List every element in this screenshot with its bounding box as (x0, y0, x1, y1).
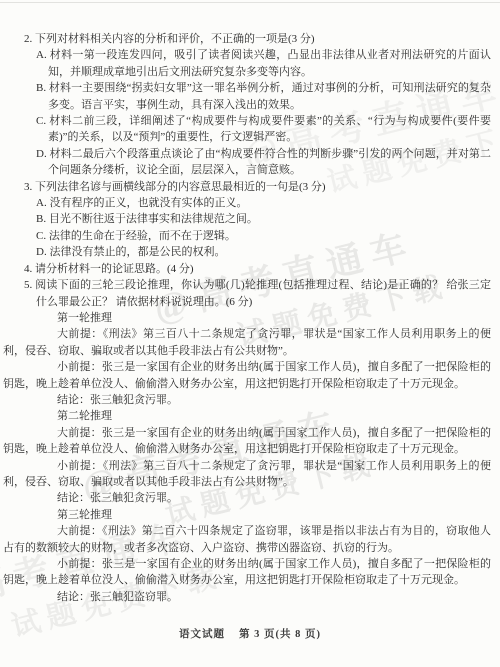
reasoning-paragraph: 大前提：张三是一家国有企业的财务出纳(属于国家工作人员)，擅自多配了一把保险柜的… (3, 425, 491, 458)
question-paragraph: 4. 请分析材料一的论证思路。(4 分) (24, 261, 491, 277)
reasoning-paragraph: 大前提：《刑法》第三百八十二条规定了贪污罪，罪状是“国家工作人员利用职务上的便利… (3, 326, 491, 359)
option-label: A. (36, 49, 50, 61)
exam-body-text: 2. 下列对材料相关内容的分析和评价，不正确的一项是(3 分)A. 材料一第一段… (24, 31, 491, 605)
option-paragraph: D. 法律没有禁止的，都是公民的权利。 (36, 244, 491, 260)
reasoning-paragraph: 第一轮推理 (3, 310, 491, 326)
scan-edge-line (0, 2, 500, 3)
reasoning-paragraph: 第三轮推理 (3, 507, 491, 523)
option-label: D. (36, 246, 49, 258)
option-paragraph: A. 没有程序的正义，也就没有实体的正义。 (36, 195, 491, 211)
question-paragraph: 2. 下列对材料相关内容的分析和评价，不正确的一项是(3 分) (24, 31, 491, 47)
option-paragraph: B. 目光不断往返于法律事实和法律规范之间。 (36, 211, 491, 227)
question-paragraph: 3. 下列法律名谚与画横线部分的内容意思最相近的一句是(3 分) (24, 179, 491, 195)
reasoning-paragraph: 小前提：张三是一家国有企业的财务出纳(属于国家工作人员)，擅自多配了一把保险柜的… (3, 359, 491, 392)
question-paragraph: 5. 阅读下面的三轮三段论推理，你认为哪(几)轮推理(包括推理过程、结论)是正确… (24, 277, 491, 310)
question-label: 2. (24, 33, 35, 45)
option-label: B. (36, 213, 49, 225)
reasoning-paragraph: 结论：张三触犯贪污罪。 (3, 392, 491, 408)
option-paragraph: D. 材料二最后六个段落重点谈论了由“构成要件符合性的判断步骤”引发的两个问题，… (36, 146, 491, 179)
option-paragraph: A. 材料一第一段连发四问，吸引了读者阅读兴趣，凸显出非法律从业者对刑法研究的片… (36, 47, 491, 80)
option-label: A. (36, 197, 49, 209)
option-label: B. (36, 82, 49, 94)
question-label: 3. (24, 181, 35, 193)
option-label: D. (36, 148, 50, 160)
reasoning-paragraph: 小前提：张三是一家国有企业的财务出纳(属于国家工作人员)，擅自多配了一把保险柜的… (3, 556, 491, 589)
reasoning-paragraph: 大前提：《刑法》第二百六十四条规定了盗窃罪，该罪是指以非法占有为目的，窃取他人占… (3, 523, 491, 556)
option-paragraph: B. 材料一主要围绕“拐卖妇女罪”这一罪名举例分析，通过对事例的分析，可知刑法研… (36, 80, 491, 113)
reasoning-paragraph: 小前提：《刑法》第三百八十二条规定了贪污罪，罪状是“国家工作人员利用职务上的便利… (3, 458, 491, 491)
page-footer: 语文试题第 3 页(共 8 页) (0, 626, 500, 641)
question-label: 5. (24, 279, 35, 291)
question-label: 4. (24, 263, 35, 275)
reasoning-paragraph: 结论：张三触犯贪污罪。 (3, 490, 491, 506)
footer-page-info: 第 3 页(共 8 页) (239, 629, 321, 640)
exam-page: @高考直通车 试题免费下载 @高考直通车 试题免费下载 @高考直通车 试题免费下… (0, 0, 500, 667)
option-paragraph: C. 材料二前三段，详细阐述了“构成要件与构成要件要素”的关系、“行为与构成要件… (36, 113, 491, 146)
reasoning-paragraph: 结论：张三触犯盗窃罪。 (3, 589, 491, 605)
footer-doc-title: 语文试题 (179, 629, 225, 640)
option-label: C. (36, 115, 49, 127)
option-paragraph: C. 法律的生命在于经验，而不在于逻辑。 (36, 228, 491, 244)
option-label: C. (36, 230, 49, 242)
reasoning-paragraph: 第二轮推理 (3, 408, 491, 424)
